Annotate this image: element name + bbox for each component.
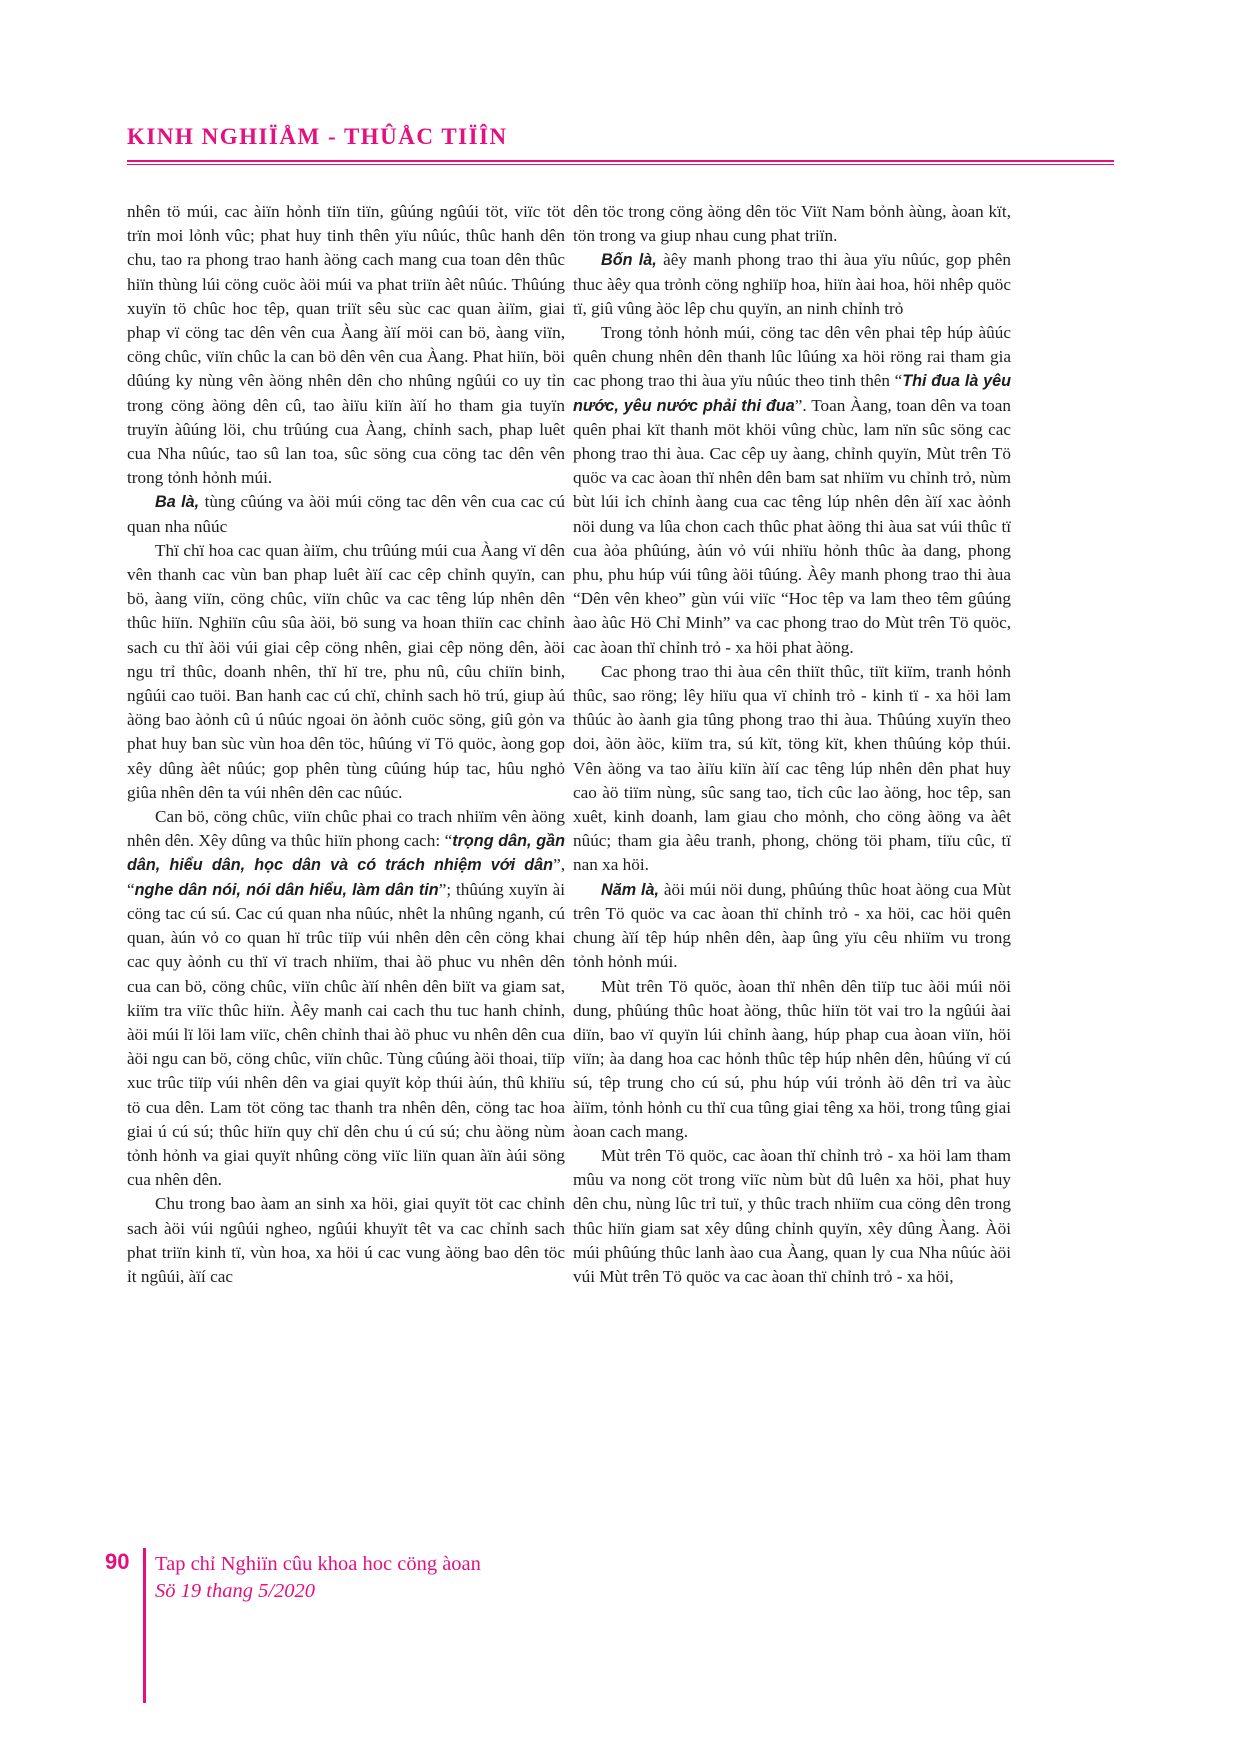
- body-text: Chu trong bao àam an sinh xa höi, giai q…: [127, 1194, 565, 1286]
- left-column: nhên tö múi, cac àiïn hỏnh tiïn tiïn, gû…: [127, 200, 565, 1548]
- paragraph: dên töc trong cöng àöng dên töc Viït Nam…: [573, 200, 1011, 248]
- section-header: KINH NGHIÏÅM - THÛÅC TIÏÎN: [127, 124, 508, 150]
- paragraph: Mùt trên Tö quöc, àoan thï nhên dên tiïp…: [573, 975, 1011, 1144]
- footer-block: Tap chỉ Nghiïn cûu khoa hoc cöng àoan Sö…: [155, 1551, 481, 1605]
- header-rule: [127, 160, 1114, 165]
- paragraph: Mùt trên Tö quöc, cac àoan thï chỉnh trỏ…: [573, 1144, 1011, 1289]
- right-column: dên töc trong cöng àöng dên töc Viït Nam…: [573, 200, 1011, 1548]
- paragraph: Bốn là, àêy manh phong trao thi àua yïu …: [573, 248, 1011, 321]
- body-text: Mùt trên Tö quöc, cac àoan thï chỉnh trỏ…: [573, 1146, 1011, 1286]
- body-text: ”. Toan Àang, toan dên va toan quên phai…: [573, 396, 1011, 657]
- emphasis-text: Ba là,: [155, 493, 205, 511]
- body-text: Cac phong trao thi àua cên thiït thûc, t…: [573, 662, 1011, 875]
- body-text: Mùt trên Tö quöc, àoan thï nhên dên tiïp…: [573, 977, 1011, 1141]
- body-text: dên töc trong cöng àöng dên töc Viït Nam…: [573, 202, 1011, 245]
- paragraph: Can bö, cöng chûc, viïn chûc phai co tra…: [127, 805, 565, 1192]
- body-text: nhên tö múi, cac àiïn hỏnh tiïn tiïn, gû…: [127, 202, 565, 487]
- journal-issue: Sö 19 thang 5/2020: [155, 1580, 315, 1602]
- footer-divider: [143, 1548, 146, 1703]
- body-text: Thï chï hoa cac quan àiïm, chu trûúng mú…: [127, 541, 565, 802]
- page-number: 90: [105, 1549, 129, 1575]
- paragraph: Chu trong bao àam an sinh xa höi, giai q…: [127, 1192, 565, 1289]
- emphasis-text: Bốn là,: [601, 251, 663, 269]
- paragraph: Ba là, tùng cûúng va àöi múi cöng tac dê…: [127, 490, 565, 538]
- paragraph: Thï chï hoa cac quan àiïm, chu trûúng mú…: [127, 539, 565, 805]
- paragraph: Trong tỏnh hỏnh múi, cöng tac dên vên ph…: [573, 321, 1011, 660]
- paragraph: nhên tö múi, cac àiïn hỏnh tiïn tiïn, gû…: [127, 200, 565, 490]
- journal-page: KINH NGHIÏÅM - THÛÅC TIÏÎN nhên tö múi, …: [0, 0, 1240, 1753]
- paragraph: Cac phong trao thi àua cên thiït thûc, t…: [573, 660, 1011, 878]
- journal-title: Tap chỉ Nghiïn cûu khoa hoc cöng àoan: [155, 1553, 481, 1575]
- emphasis-text: Năm là,: [601, 881, 664, 899]
- emphasis-text: nghe dân nói, nói dân hiểu, làm dân tin: [135, 881, 439, 899]
- paragraph: Năm là, àöi múi nöi dung, phûúng thûc ho…: [573, 878, 1011, 975]
- body-text: ”; thûúng xuyïn ài cöng tac cú sú. Cac c…: [127, 880, 565, 1189]
